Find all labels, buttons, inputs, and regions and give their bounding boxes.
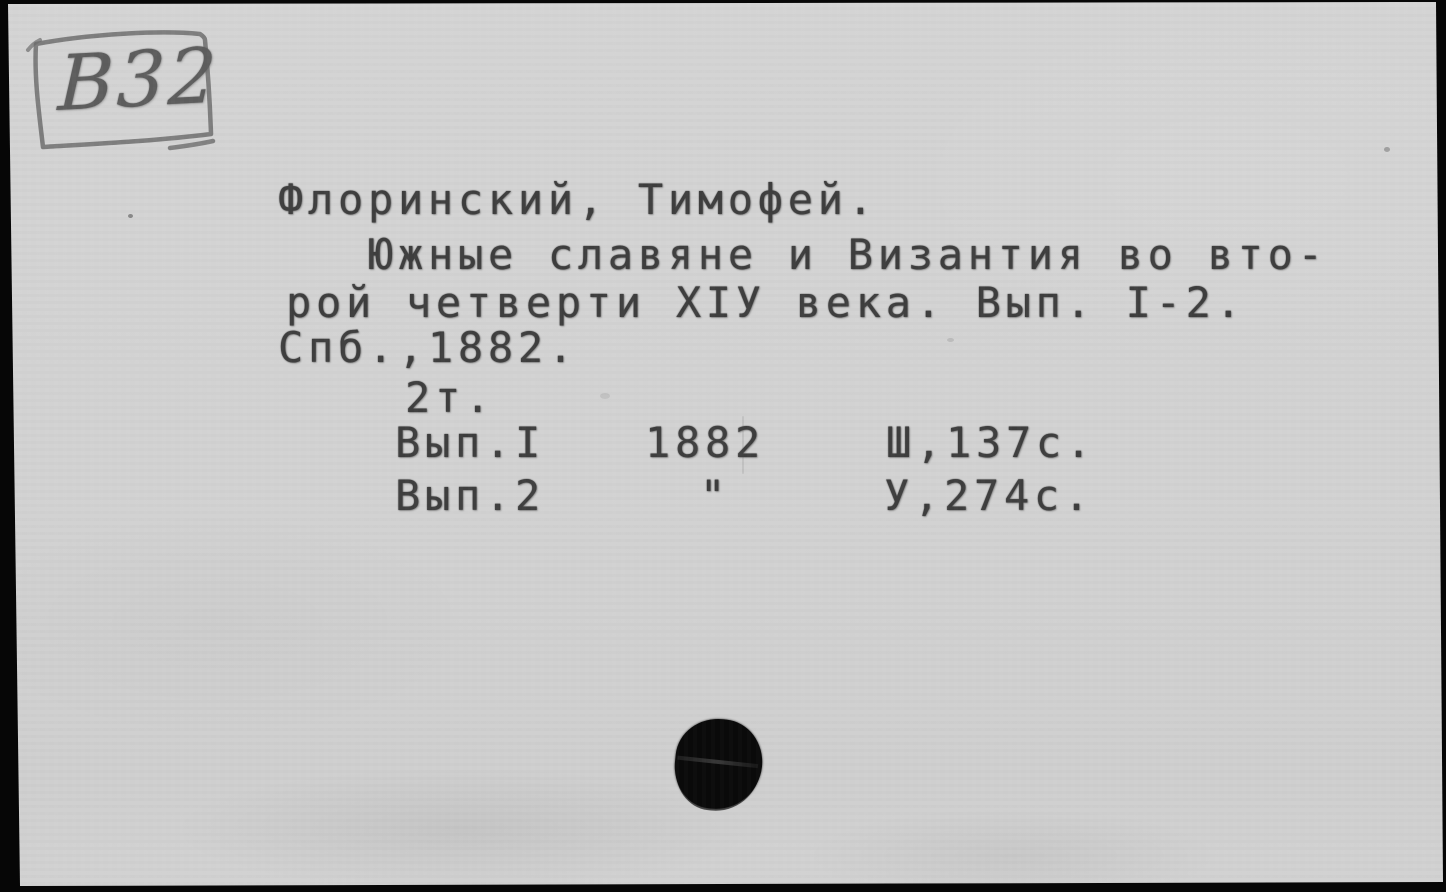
holdings-row-1-issue: Вып.I — [395, 422, 545, 464]
dust-speck — [1384, 147, 1390, 152]
call-number: В32 — [57, 38, 209, 122]
dust-speck — [947, 338, 954, 342]
dust-speck — [128, 214, 133, 218]
holdings-row-1-year: 1882 — [645, 422, 765, 464]
holdings-row-2-issue: Вып.2 — [395, 475, 545, 517]
holdings-row-2-year-ditto-mark: " — [700, 475, 730, 517]
imprint-line: Спб.,1882. — [278, 327, 578, 369]
holdings-row-2-pages: У,274с. — [884, 475, 1094, 517]
title-line-1: Южные славяне и Византия во вто- — [368, 234, 1328, 276]
volumes-line: 2т. — [405, 377, 495, 419]
punch-hole-mark — [671, 715, 767, 814]
scan-scratch — [742, 416, 744, 474]
title-line-2: рой четверти ХIУ века. Вып. I-2. — [286, 282, 1246, 324]
holdings-row-1-pages: Ш,137с. — [886, 422, 1096, 464]
scanned-catalog-card-page: В32 Флоринский, Тимофей. Южные славяне и… — [0, 0, 1446, 892]
dust-speck — [600, 393, 610, 399]
catalog-card: В32 Флоринский, Тимофей. Южные славяне и… — [0, 0, 1446, 892]
author-line: Флоринский, Тимофей. — [278, 179, 878, 221]
